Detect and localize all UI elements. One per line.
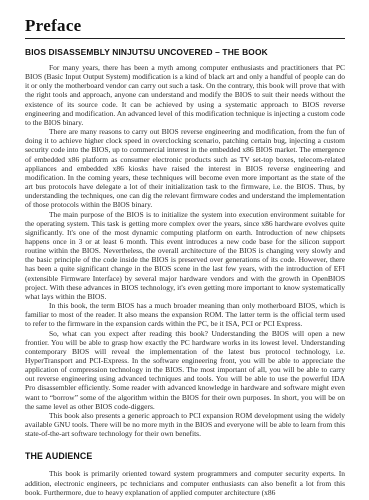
document-page: Preface BIOS DISASSEMBLY NINJUTSU UNCOVE… — [0, 0, 369, 500]
paragraph-5: So, what can you expect after reading th… — [25, 329, 345, 411]
title-underline-rule — [25, 38, 345, 39]
page-title: Preface — [25, 16, 345, 36]
paragraph-2: There are many reasons to carry out BIOS… — [25, 127, 345, 209]
paragraph-1: For many years, there has been a myth am… — [25, 63, 345, 127]
paragraph-3: The main purpose of the BIOS is to initi… — [25, 210, 345, 302]
audience-paragraph: This book is primarily oriented toward s… — [25, 469, 345, 496]
audience-body: This book is primarily oriented toward s… — [25, 469, 345, 496]
body-text: For many years, there has been a myth am… — [25, 63, 345, 438]
chapter-heading: BIOS DISASSEMBLY NINJUTSU UNCOVERED – TH… — [25, 47, 345, 57]
paragraph-6: This book also presents a generic approa… — [25, 411, 345, 438]
section-heading-audience: THE AUDIENCE — [25, 451, 345, 462]
paragraph-4: In this book, the term BIOS has a much b… — [25, 301, 345, 328]
